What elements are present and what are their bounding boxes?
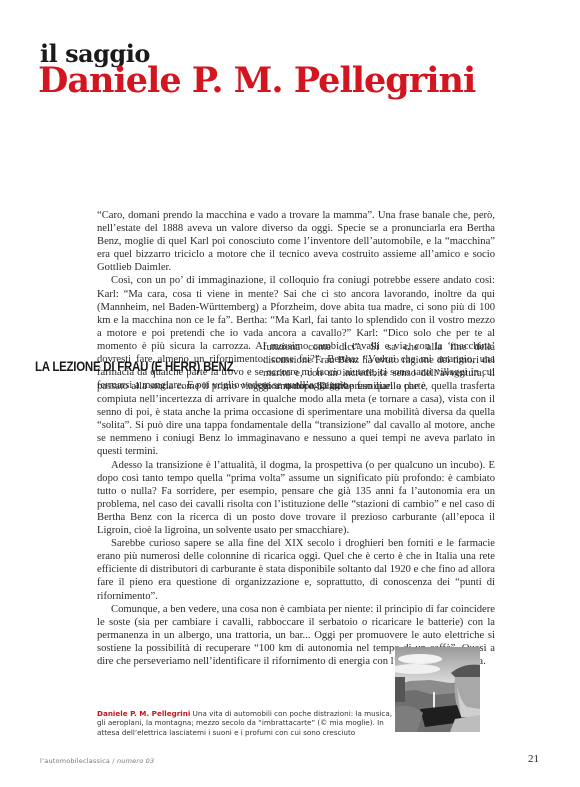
author-portrait-photo <box>395 647 480 732</box>
author-bio: Daniele P. M. Pellegrini Una vita di aut… <box>97 709 397 737</box>
paragraph: passato alla storia come il primo viaggi… <box>97 380 495 459</box>
issue-number: numero 03 <box>117 757 154 765</box>
footer-publication: l’automobileclassica / numero 03 <box>40 757 154 765</box>
publication-name: l’automobileclassica / <box>40 757 117 765</box>
paragraph: Sarebbe curioso sapere se alla fine del … <box>97 537 495 602</box>
paragraph: “Caro, domani prendo la macchina e vado … <box>97 209 495 274</box>
portrait-image-icon <box>395 647 480 732</box>
author-title: Daniele P. M. Pellegrini <box>38 62 475 101</box>
article-main: passato alla storia come il primo viaggi… <box>97 380 495 668</box>
paragraph: Adesso la transizione è l’attualità, il … <box>97 459 495 538</box>
section-heading: LA LEZIONE DI FRAU (E HERR) BENZ <box>35 358 233 374</box>
bio-name: Daniele P. M. Pellegrini <box>97 709 190 718</box>
page-number: 21 <box>528 753 539 765</box>
